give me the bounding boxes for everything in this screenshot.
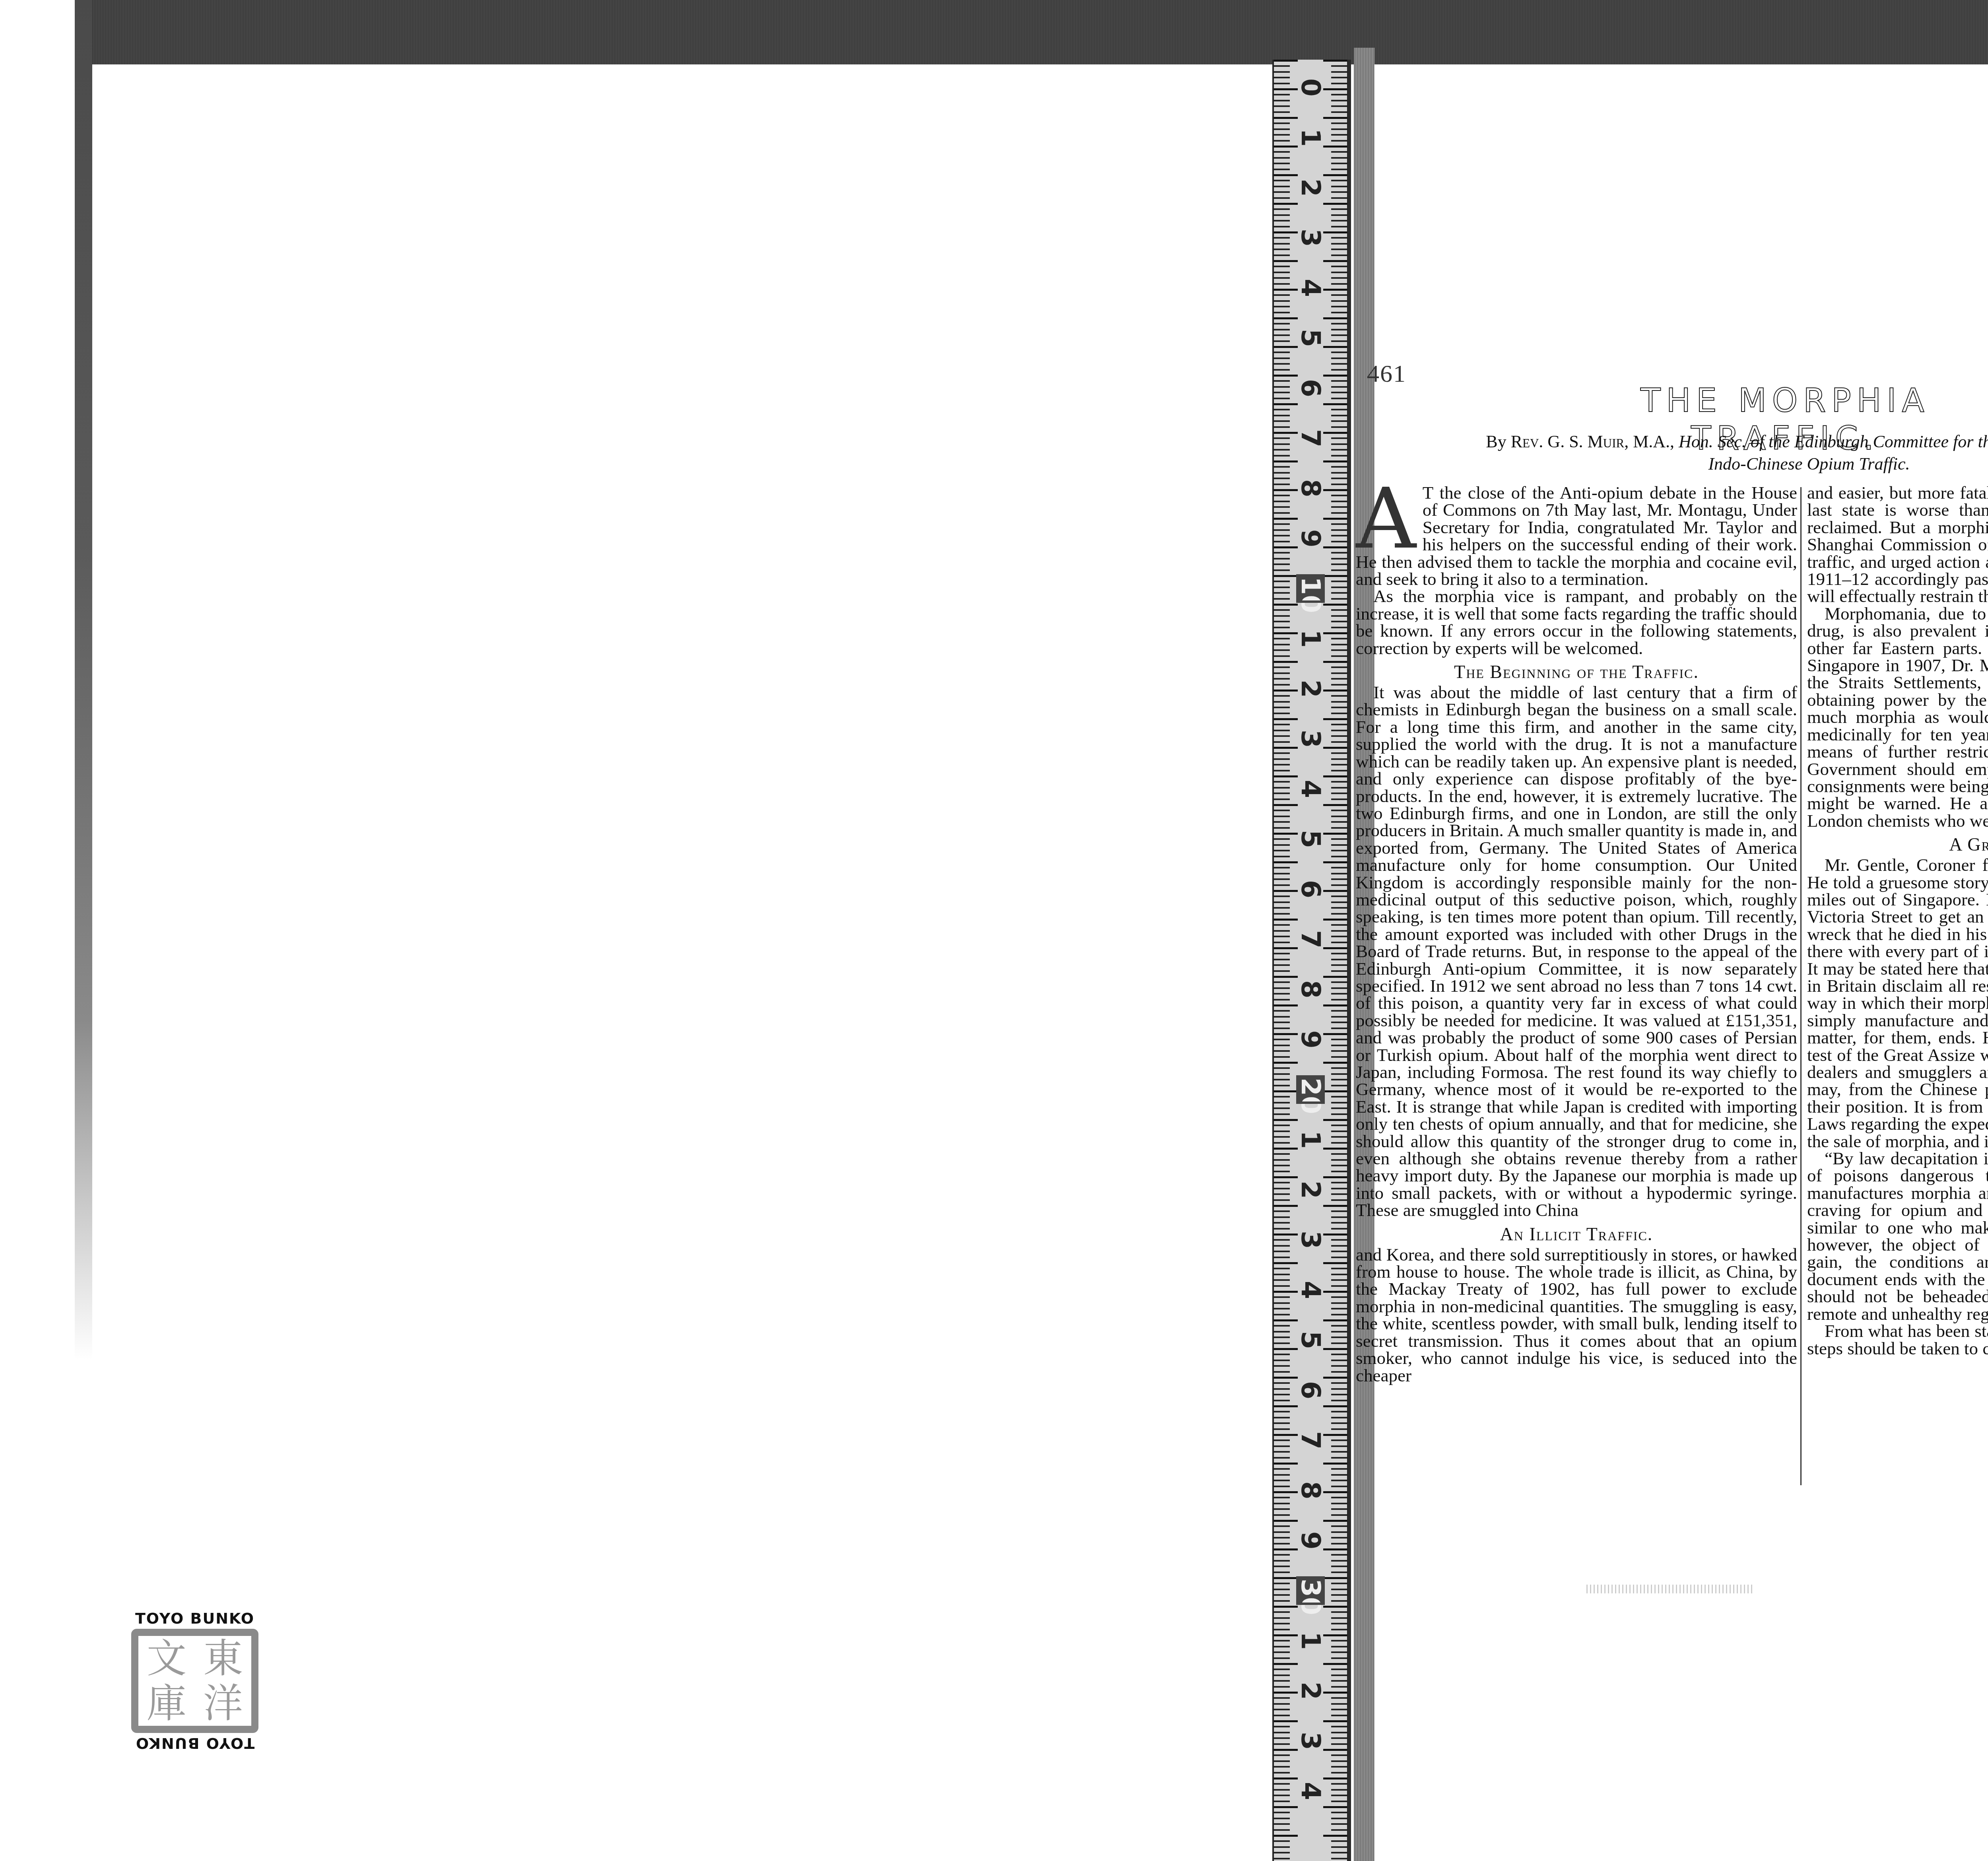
ruler-label: 7 [1299, 927, 1322, 951]
right-paragraph-gentle: Mr. Gentle, Coroner for Singapore, was a… [1807, 857, 1988, 1150]
scan-smudge [1586, 1585, 1753, 1593]
ruler-label: 5 [1299, 827, 1322, 851]
section-heading-illicit: An Illicit Traffic. [1356, 1225, 1797, 1244]
ruler-label: 8 [1299, 977, 1322, 1001]
ruler-label: 8 [1299, 1478, 1322, 1502]
intro-paragraph-2: As the morphia vice is rampant, and prob… [1356, 588, 1797, 657]
ruler-label: 3 [1299, 1729, 1322, 1753]
right-paragraph-quote: “By law decapitation is decreed against … [1807, 1150, 1988, 1323]
page-number: 461 [1367, 360, 1406, 388]
section-heading-gruesome: A Gruesome Story. [1807, 835, 1988, 854]
seal-char: 洋 [195, 1681, 251, 1726]
byline-line-2: Indo-Chinese Opium Traffic. [1392, 453, 1988, 475]
byline-affiliation-1: Hon. Sec. of the Edinburgh Committee for… [1679, 432, 1988, 451]
ruler-label: 1 [1299, 1629, 1322, 1653]
toyo-bunko-stamp-bottom-left: TOYO BUNKO 文 東 庫 洋 TOYO BUNKO [127, 1610, 262, 1751]
ruler-label: 2 [1299, 176, 1322, 200]
ruler-label: 6 [1299, 376, 1322, 400]
ruler-label: 30 [1299, 1579, 1322, 1603]
ruler-label: 1 [1299, 627, 1322, 651]
ruler-label: 9 [1299, 1028, 1322, 1051]
ruler-label: 4 [1299, 1779, 1322, 1803]
ruler-label: 20 [1299, 1078, 1322, 1101]
section-beginning-paragraph: It was about the middle of last century … [1356, 684, 1797, 1219]
ruler-label: 7 [1299, 1428, 1322, 1452]
ruler-label: 3 [1299, 1228, 1322, 1252]
right-paragraph-morphomania: Morphomania, due to the abuse of our Bri… [1807, 605, 1988, 829]
ruler-label: 4 [1299, 1278, 1322, 1302]
ruler-label: 2 [1299, 1178, 1322, 1202]
intro-paragraph-1: AT the close of the Anti-opium debate in… [1356, 484, 1797, 588]
book-spine-edge [1348, 60, 1351, 1861]
right-paragraph-conclusion: From what has been stated it seems evide… [1807, 1323, 1988, 1357]
article-column-left: AT the close of the Anti-opium debate in… [1356, 484, 1797, 1384]
ruler-label: 5 [1299, 1328, 1322, 1352]
stamp-label-top: TOYO BUNKO [127, 1610, 262, 1626]
seal-char: 文 [138, 1636, 195, 1681]
article-column-right: and easier, but more fatal habit of morp… [1807, 484, 1988, 1357]
intro-paragraph-1-text: T the close of the Anti-opium debate in … [1356, 483, 1797, 589]
ruler-label: 0 [1299, 76, 1322, 99]
ruler-label: 4 [1299, 276, 1322, 300]
stamp-label-bottom: TOYO BUNKO [127, 1735, 262, 1751]
scanner-left-shadow [75, 0, 92, 1360]
article-byline: By Rev. G. S. Muir, M.A., Hon. Sec. of t… [1392, 431, 1988, 475]
byline-author: Rev. G. S. Muir, M.A., [1511, 432, 1674, 451]
column-rule [1800, 487, 1802, 1485]
scanner-top-shadow [75, 0, 1988, 64]
measuring-ruler: 01234567891012345678920123456789301234 [1272, 60, 1349, 1861]
seal-char: 庫 [138, 1681, 195, 1726]
section-heading-beginning: The Beginning of the Traffic. [1356, 662, 1797, 682]
ruler-label: 9 [1299, 526, 1322, 550]
stamp-seal-icon: 文 東 庫 洋 [131, 1629, 258, 1733]
ruler-label: 6 [1299, 1378, 1322, 1402]
seal-char: 東 [195, 1636, 251, 1681]
ruler-label: 8 [1299, 476, 1322, 500]
ruler-label: 1 [1299, 1128, 1322, 1152]
ruler-label: 4 [1299, 777, 1322, 801]
ruler-cm-ticks-right [1323, 60, 1347, 1861]
ruler-label: 3 [1299, 727, 1322, 751]
ruler-cm-ticks-left [1274, 60, 1298, 1861]
byline-line-1: By Rev. G. S. Muir, M.A., Hon. Sec. of t… [1392, 431, 1988, 453]
drop-cap: A [1356, 485, 1416, 553]
ruler-label: 1 [1299, 126, 1322, 150]
ruler-label: 10 [1299, 577, 1322, 600]
ruler-label: 2 [1299, 1679, 1322, 1703]
byline-affiliation-2: Indo-Chinese Opium Traffic. [1708, 454, 1910, 474]
section-illicit-paragraph: and Korea, and there sold surreptitiousl… [1356, 1246, 1797, 1384]
byline-prefix: By [1486, 432, 1506, 451]
ruler-label: 7 [1299, 426, 1322, 450]
ruler-label: 9 [1299, 1529, 1322, 1552]
ruler-label: 2 [1299, 677, 1322, 701]
ruler-label: 5 [1299, 326, 1322, 350]
ruler-label: 3 [1299, 226, 1322, 250]
right-paragraph-1: and easier, but more fatal habit of morp… [1807, 484, 1988, 605]
ruler-label: 6 [1299, 877, 1322, 901]
